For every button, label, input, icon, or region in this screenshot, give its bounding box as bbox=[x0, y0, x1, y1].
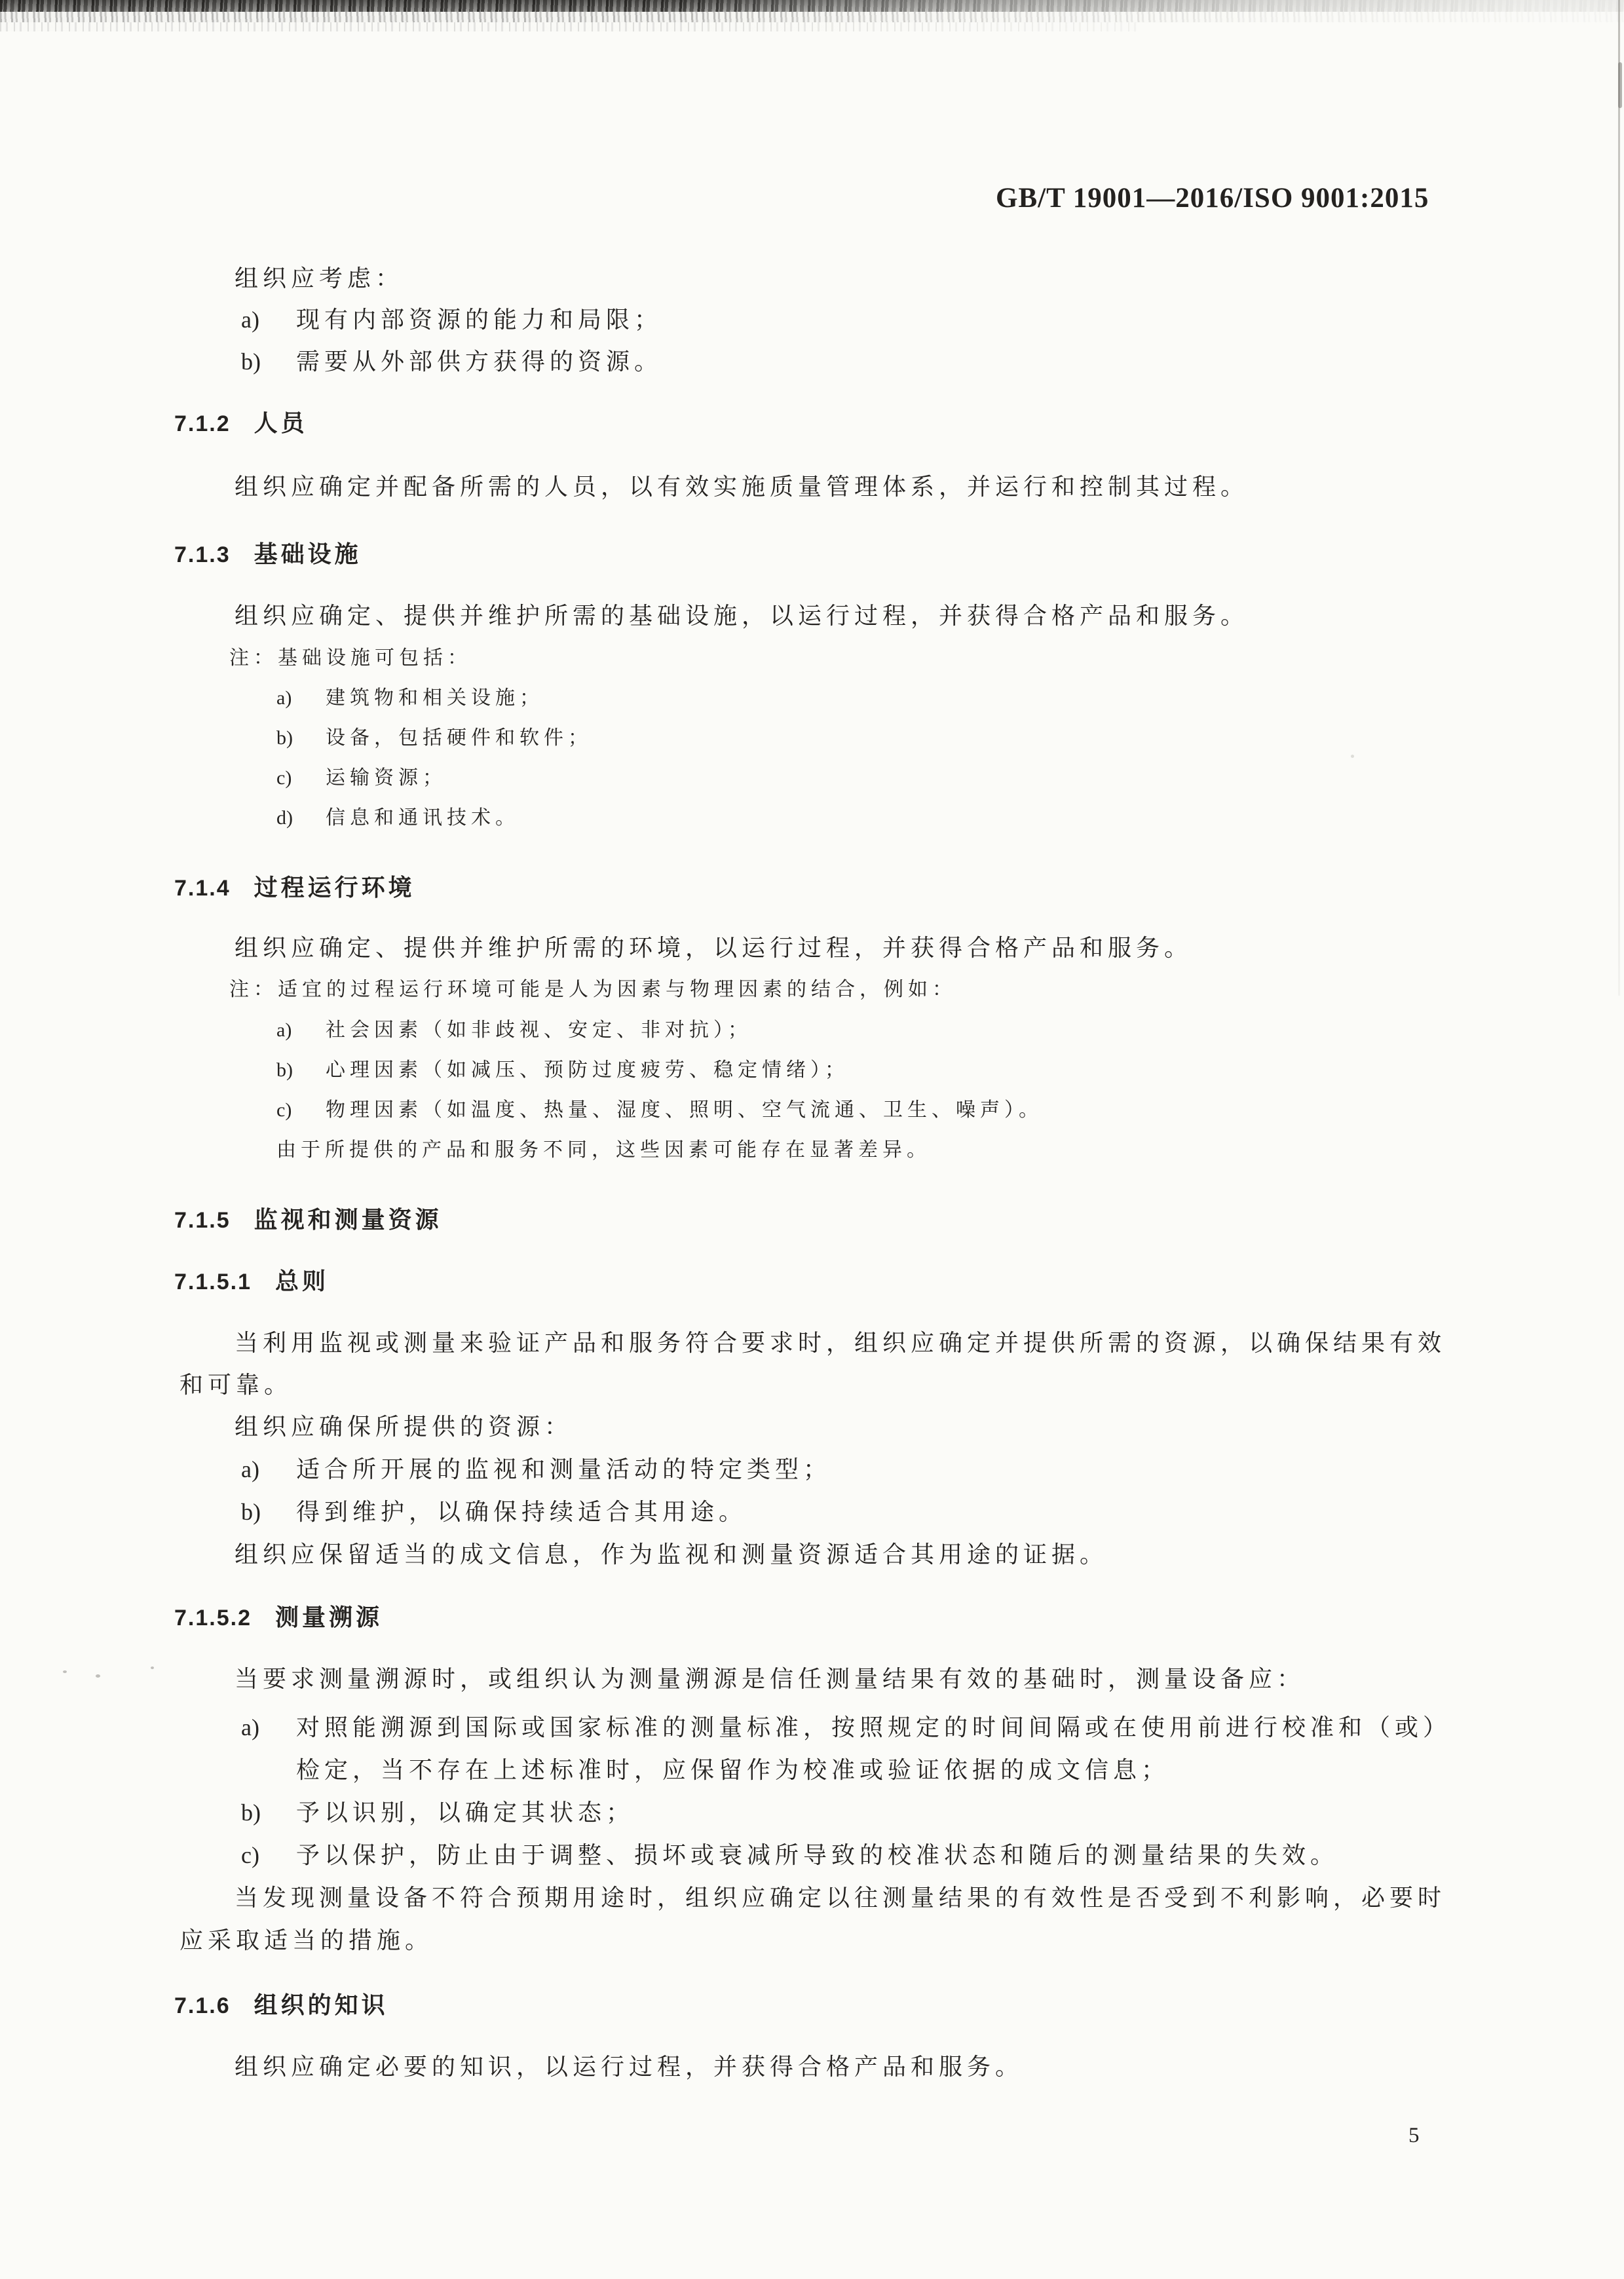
list-item-label: b) bbox=[276, 1059, 326, 1082]
section-title: 组织的知识 bbox=[254, 1991, 388, 2018]
scan-speck bbox=[96, 1674, 100, 1678]
list-item-text: 予以识别，以确定其状态； bbox=[296, 1799, 634, 1826]
section-heading-7-1-5: 7.1.5监视和测量资源 bbox=[174, 1206, 442, 1234]
list-item: a)对照能溯源到国际或国家标准的测量标准，按照规定的时间间隔或在使用前进行校准和… bbox=[241, 1714, 1451, 1741]
paragraph-line: 当发现测量设备不符合预期用途时，组织应确定以往测量结果的有效性是否受到不利影响，… bbox=[235, 1885, 1446, 1912]
section-number: 7.1.3 bbox=[174, 542, 231, 567]
paragraph: 组织应保留适当的成文信息，作为监视和测量资源适合其用途的证据。 bbox=[235, 1541, 1108, 1568]
list-item-label: b) bbox=[241, 1499, 296, 1526]
section-heading-7-1-5-2: 7.1.5.2测量溯源 bbox=[174, 1604, 383, 1631]
list-item-text: 社会因素（如非歧视、安定、非对抗）； bbox=[326, 1019, 752, 1041]
section-number: 7.1.2 bbox=[174, 411, 231, 436]
list-item-text: 运输资源； bbox=[326, 767, 447, 789]
list-item-label: c) bbox=[276, 767, 326, 790]
section-title: 基础设施 bbox=[254, 540, 362, 567]
section-number: 7.1.5.1 bbox=[174, 1270, 252, 1294]
list-item-label: b) bbox=[276, 727, 326, 750]
section-title: 监视和测量资源 bbox=[254, 1206, 442, 1233]
section-number: 7.1.5 bbox=[174, 1208, 231, 1233]
list-item-text: 物理因素（如温度、热量、湿度、照明、空气流通、卫生、噪声）。 bbox=[326, 1099, 1043, 1121]
list-item-label: b) bbox=[241, 1799, 296, 1826]
list-item-text: 设备，包括硬件和软件； bbox=[326, 727, 592, 749]
paragraph: 组织应确定、提供并维护所需的环境，以运行过程，并获得合格产品和服务。 bbox=[235, 935, 1192, 962]
list-item-label: a) bbox=[276, 687, 326, 710]
scan-speck bbox=[63, 1670, 67, 1673]
list-item-text: 现有内部资源的能力和局限； bbox=[296, 307, 662, 333]
section-number: 7.1.4 bbox=[174, 876, 231, 901]
scan-edge-line bbox=[1618, 0, 1620, 996]
paragraph: 当要求测量溯源时，或组织认为测量溯源是信任测量结果有效的基础时，测量设备应： bbox=[235, 1666, 1305, 1693]
scan-speck bbox=[151, 1667, 154, 1669]
section-title: 测量溯源 bbox=[275, 1604, 383, 1630]
list-item-text: 需要从外部供方获得的资源。 bbox=[296, 348, 662, 375]
note-list-item: a)社会因素（如非歧视、安定、非对抗）； bbox=[276, 1019, 752, 1042]
paragraph-line: 应采取适当的措施。 bbox=[179, 1927, 433, 1954]
list-item-text: 心理因素（如减压、预防过度疲劳、稳定情绪）； bbox=[326, 1059, 849, 1081]
list-item-label: a) bbox=[241, 1714, 296, 1741]
list-item-text: 予以保护，防止由于调整、损坏或衰减所导致的校准状态和随后的测量结果的失效。 bbox=[296, 1842, 1338, 1868]
paragraph-line: 和可靠。 bbox=[179, 1372, 292, 1399]
note-list-item: c)物理因素（如温度、热量、湿度、照明、空气流通、卫生、噪声）。 bbox=[276, 1099, 1043, 1122]
section-number: 7.1.5.2 bbox=[174, 1606, 252, 1630]
note-list-item: b)心理因素（如减压、预防过度疲劳、稳定情绪）； bbox=[276, 1059, 849, 1082]
paragraph-line: 当利用监视或测量来验证产品和服务符合要求时，组织应确定并提供所需的资源，以确保结… bbox=[235, 1330, 1446, 1357]
list-item-text: 适合所开展的监视和测量活动的特定类型； bbox=[296, 1456, 831, 1482]
note-list-item: b)设备，包括硬件和软件； bbox=[276, 727, 592, 750]
section-title: 人员 bbox=[254, 409, 308, 436]
intro-lead: 组织应考虑： bbox=[235, 265, 404, 292]
section-heading-7-1-5-1: 7.1.5.1总则 bbox=[174, 1268, 329, 1295]
list-item-label: b) bbox=[241, 348, 296, 375]
paragraph: 组织应确定并配备所需的人员，以有效实施质量管理体系，并运行和控制其过程。 bbox=[235, 474, 1249, 500]
section-title: 总则 bbox=[275, 1268, 329, 1294]
page-number: 5 bbox=[1408, 2124, 1420, 2149]
list-item: c)予以保护，防止由于调整、损坏或衰减所导致的校准状态和随后的测量结果的失效。 bbox=[241, 1842, 1338, 1869]
list-item: a)适合所开展的监视和测量活动的特定类型； bbox=[241, 1456, 831, 1483]
list-item-text: 信息和通讯技术。 bbox=[326, 807, 519, 829]
section-heading-7-1-6: 7.1.6组织的知识 bbox=[174, 1991, 388, 2019]
list-item-wrapped-line: 检定，当不存在上述标准时，应保留作为校准或验证依据的成文信息； bbox=[296, 1757, 1169, 1784]
list-item: a)现有内部资源的能力和局限； bbox=[241, 307, 662, 333]
list-item-text: 得到维护，以确保持续适合其用途。 bbox=[296, 1499, 747, 1525]
note-list-item: c)运输资源； bbox=[276, 767, 447, 790]
note-line: 注：适宜的过程运行环境可能是人为因素与物理因素的结合，例如： bbox=[229, 979, 956, 1002]
list-item-label: a) bbox=[276, 1019, 326, 1042]
list-item-label: a) bbox=[241, 1456, 296, 1483]
list-item-label: d) bbox=[276, 807, 326, 830]
section-heading-7-1-4: 7.1.4过程运行环境 bbox=[174, 874, 415, 901]
list-item: b)予以识别，以确定其状态； bbox=[241, 1799, 634, 1826]
note-list-item: a)建筑物和相关设施； bbox=[276, 687, 544, 710]
document-page: GB/T 19001—2016/ISO 9001:2015 组织应考虑： a)现… bbox=[0, 0, 1624, 2279]
note-line: 注：基础设施可包括： bbox=[229, 647, 472, 670]
list-item-text: 建筑物和相关设施； bbox=[326, 687, 544, 709]
scan-speck bbox=[1351, 755, 1354, 758]
list-item-label: c) bbox=[241, 1842, 296, 1869]
list-item-label: a) bbox=[241, 307, 296, 333]
note-list-item: d)信息和通讯技术。 bbox=[276, 807, 519, 830]
paragraph: 组织应确定必要的知识，以运行过程，并获得合格产品和服务。 bbox=[235, 2054, 1023, 2081]
scan-edge-mark bbox=[1618, 62, 1622, 108]
section-title: 过程运行环境 bbox=[254, 874, 415, 901]
section-heading-7-1-3: 7.1.3基础设施 bbox=[174, 540, 362, 568]
section-number: 7.1.6 bbox=[174, 1993, 231, 2018]
paragraph: 组织应确定、提供并维护所需的基础设施，以运行过程，并获得合格产品和服务。 bbox=[235, 603, 1249, 630]
note-tail: 由于所提供的产品和服务不同，这些因素可能存在显著差异。 bbox=[276, 1139, 931, 1162]
list-item-label: c) bbox=[276, 1099, 326, 1122]
scan-noise-fade bbox=[0, 0, 1624, 34]
standard-number-header: GB/T 19001—2016/ISO 9001:2015 bbox=[996, 182, 1429, 214]
paragraph: 组织应确保所提供的资源： bbox=[235, 1414, 573, 1441]
list-item: b)需要从外部供方获得的资源。 bbox=[241, 348, 662, 375]
list-item-text: 对照能溯源到国际或国家标准的测量标准，按照规定的时间间隔或在使用前进行校准和（或… bbox=[296, 1714, 1451, 1741]
section-heading-7-1-2: 7.1.2人员 bbox=[174, 409, 308, 437]
list-item: b)得到维护，以确保持续适合其用途。 bbox=[241, 1499, 747, 1526]
